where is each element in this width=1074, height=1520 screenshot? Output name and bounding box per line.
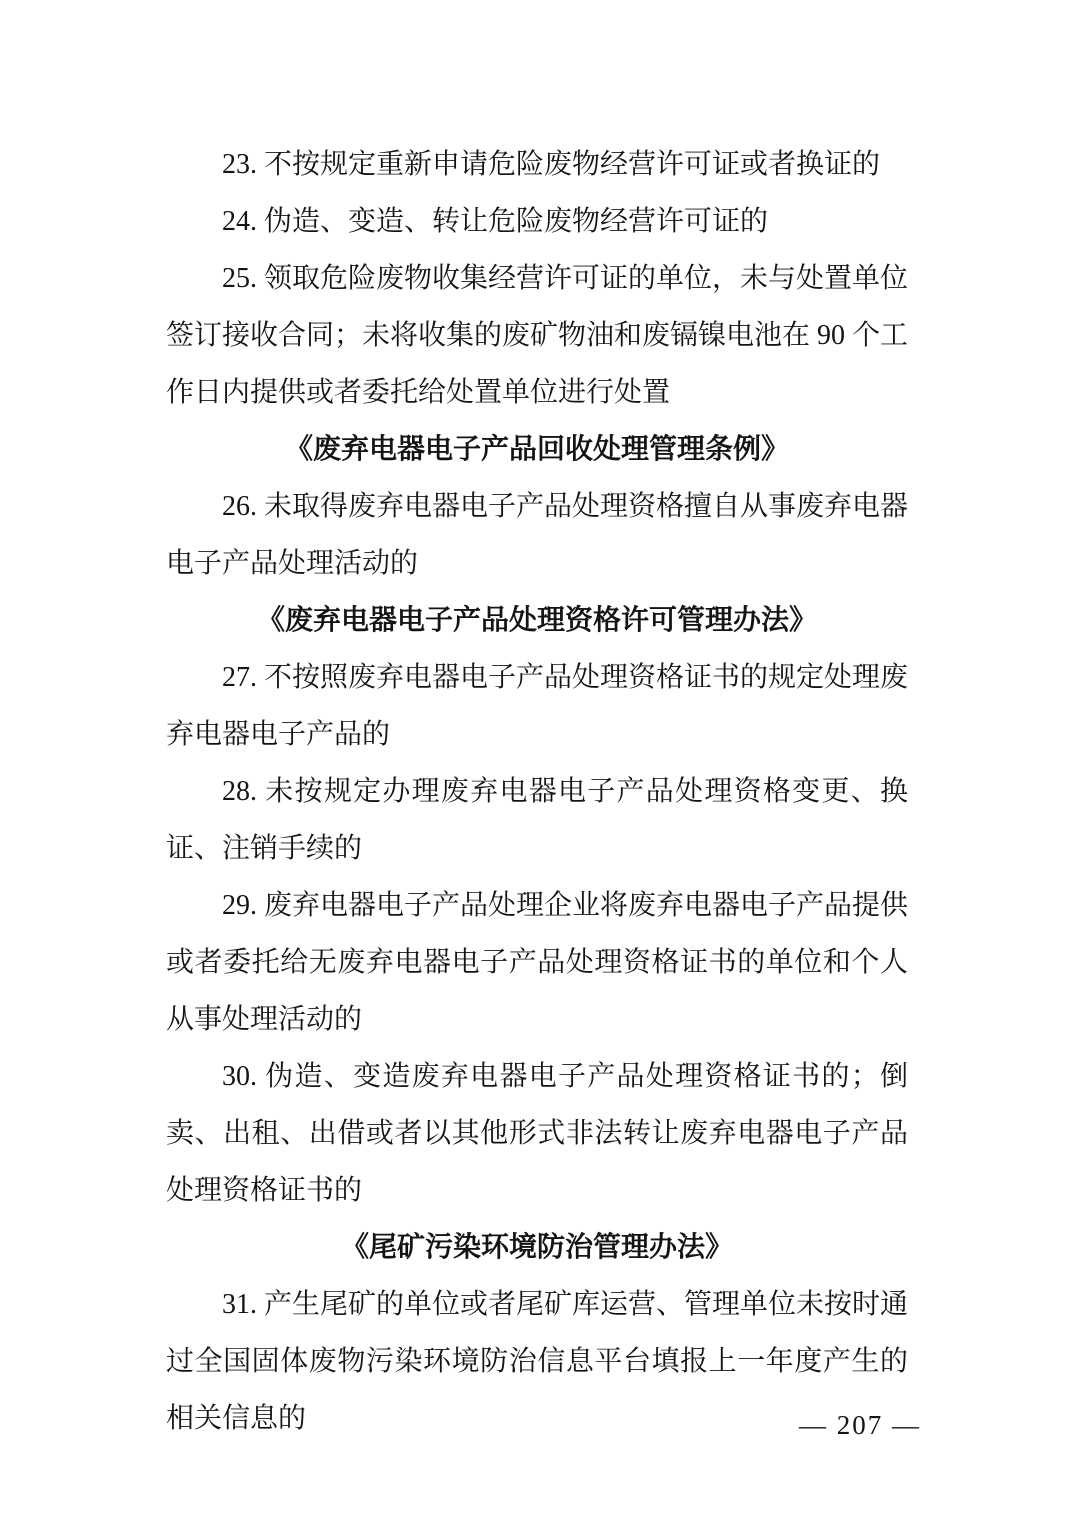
- document-body: 23. 不按规定重新申请危险废物经营许可证或者换证的 24. 伪造、变造、转让危…: [166, 136, 908, 1447]
- section-heading-1: 《废弃电器电子产品回收处理管理条例》: [166, 421, 908, 478]
- list-item-23: 23. 不按规定重新申请危险废物经营许可证或者换证的: [166, 136, 908, 193]
- list-item-30: 30. 伪造、变造废弃电器电子产品处理资格证书的；倒卖、出租、出借或者以其他形式…: [166, 1048, 908, 1219]
- list-item-24: 24. 伪造、变造、转让危险废物经营许可证的: [166, 193, 908, 250]
- list-item-28: 28. 未按规定办理废弃电器电子产品处理资格变更、换证、注销手续的: [166, 763, 908, 877]
- list-item-29: 29. 废弃电器电子产品处理企业将废弃电器电子产品提供或者委托给无废弃电器电子产…: [166, 877, 908, 1048]
- section-heading-3: 《尾矿污染环境防治管理办法》: [166, 1219, 908, 1276]
- list-item-26: 26. 未取得废弃电器电子产品处理资格擅自从事废弃电器电子产品处理活动的: [166, 478, 908, 592]
- document-page: 23. 不按规定重新申请危险废物经营许可证或者换证的 24. 伪造、变造、转让危…: [0, 0, 1074, 1520]
- list-item-25: 25. 领取危险废物收集经营许可证的单位，未与处置单位签订接收合同；未将收集的废…: [166, 250, 908, 421]
- section-heading-2: 《废弃电器电子产品处理资格许可管理办法》: [166, 592, 908, 649]
- page-number: — 207 —: [790, 1410, 930, 1440]
- list-item-27: 27. 不按照废弃电器电子产品处理资格证书的规定处理废弃电器电子产品的: [166, 649, 908, 763]
